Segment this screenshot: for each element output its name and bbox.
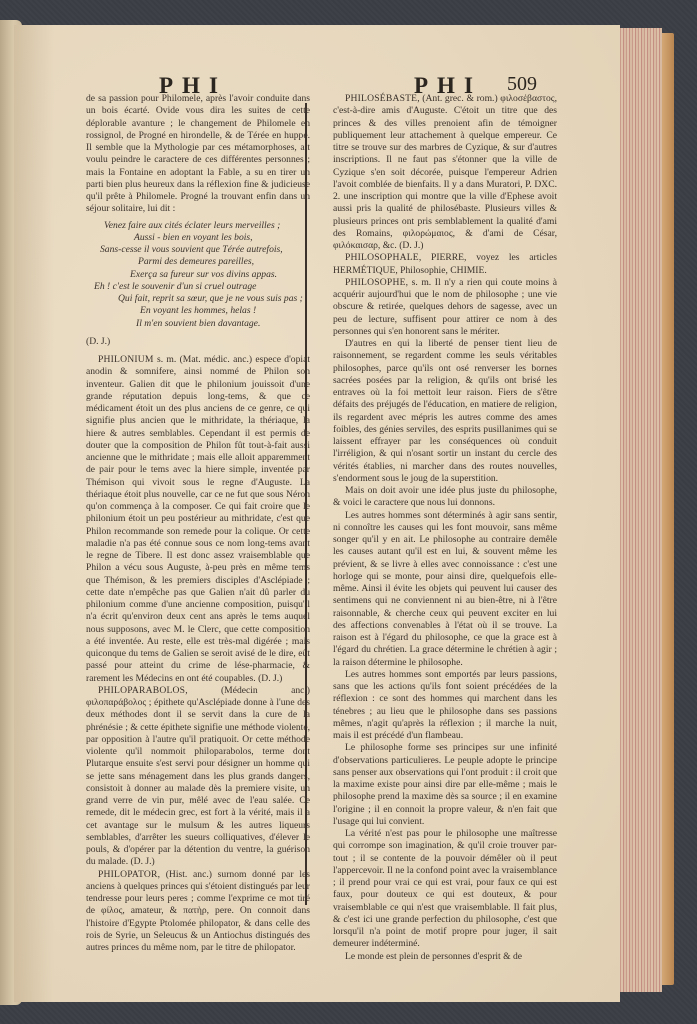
entry-body: , (Ant. grec. & rom.) φιλοσέβαστος, c'es… <box>333 93 557 251</box>
verse-line: Eh ! c'est le souvenir d'un si cruel out… <box>86 281 310 293</box>
paragraph: Les autres hommes sont emportés par leur… <box>333 669 557 743</box>
paragraph: Le philosophe forme ses principes sur un… <box>333 742 557 828</box>
author-signature: (D. J.) <box>86 336 310 348</box>
headword: PHILOSOPHE <box>345 277 406 288</box>
headword: PHILOPATOR <box>98 869 158 880</box>
gutter-shadow <box>14 25 54 1002</box>
paragraph: Le monde est plein de personnes d'esprit… <box>333 951 557 963</box>
headword: PHILOPARABOLOS <box>98 685 185 696</box>
entry-body: , (Médecin anc.) φιλοπαράβολος ; épithet… <box>86 685 310 868</box>
entry-philosophe: PHILOSOPHE, s. m. Il n'y a rien qui cout… <box>333 277 557 338</box>
paragraph: Les autres hommes sont déterminés à agir… <box>333 510 557 669</box>
entry-body: s. m. (Mat. médic. anc.) espece d'opiat … <box>86 354 310 684</box>
verse-line: Sans-cesse il vous souvient que Térée au… <box>86 244 310 256</box>
entry-philopator: PHILOPATOR, (Hist. anc.) surnom donné pa… <box>86 869 310 955</box>
entry-philosophale: PHILOSOPHALE, PIERRE, voyez les articles… <box>333 252 557 277</box>
entry-philoparabolos: PHILOPARABOLOS, (Médecin anc.) φιλοπαράβ… <box>86 685 310 869</box>
verse-line: Il m'en souvient bien davantage. <box>86 318 310 330</box>
book-page: PHI PHI 509 de sa passion pour Philomele… <box>14 25 620 1002</box>
paragraph: La vérité n'est pas pour le philosophe u… <box>333 828 557 951</box>
left-column: de sa passion pour Philomele, après l'av… <box>86 93 310 954</box>
entry-body: , (Hist. anc.) surnom donné par les anci… <box>86 869 310 954</box>
paragraph: Mais on doit avoir une idée plus juste d… <box>333 485 557 510</box>
headword: PHILONIUM <box>98 354 154 365</box>
verse-quote: Venez faire aux cités éclater leurs merv… <box>86 220 310 330</box>
verse-line: Parmi des demeures pareilles, <box>86 256 310 268</box>
entry-philonium: PHILONIUM s. m. (Mat. médic. anc.) espec… <box>86 354 310 685</box>
right-column: PHILOSÉBASTE, (Ant. grec. & rom.) φιλοσέ… <box>333 93 557 963</box>
headword: PHILOSOPHALE <box>345 252 419 263</box>
verse-line: Venez faire aux cités éclater leurs merv… <box>86 220 310 232</box>
paragraph-philomele: de sa passion pour Philomele, après l'av… <box>86 93 310 216</box>
verse-line: En voyant les hommes, helas ! <box>86 305 310 317</box>
verse-line: Exerça sa fureur sur vos divins appas. <box>86 269 310 281</box>
entry-philosebaste: PHILOSÉBASTE, (Ant. grec. & rom.) φιλοσέ… <box>333 93 557 252</box>
paragraph: D'autres en qui la liberté de penser tie… <box>333 338 557 485</box>
verse-line: Aussi - bien en voyant les bois, <box>86 232 310 244</box>
verse-line: Qui fait, reprit sa sœur, que je ne vous… <box>86 293 310 305</box>
headword: PHILOSÉBASTE <box>345 93 417 104</box>
